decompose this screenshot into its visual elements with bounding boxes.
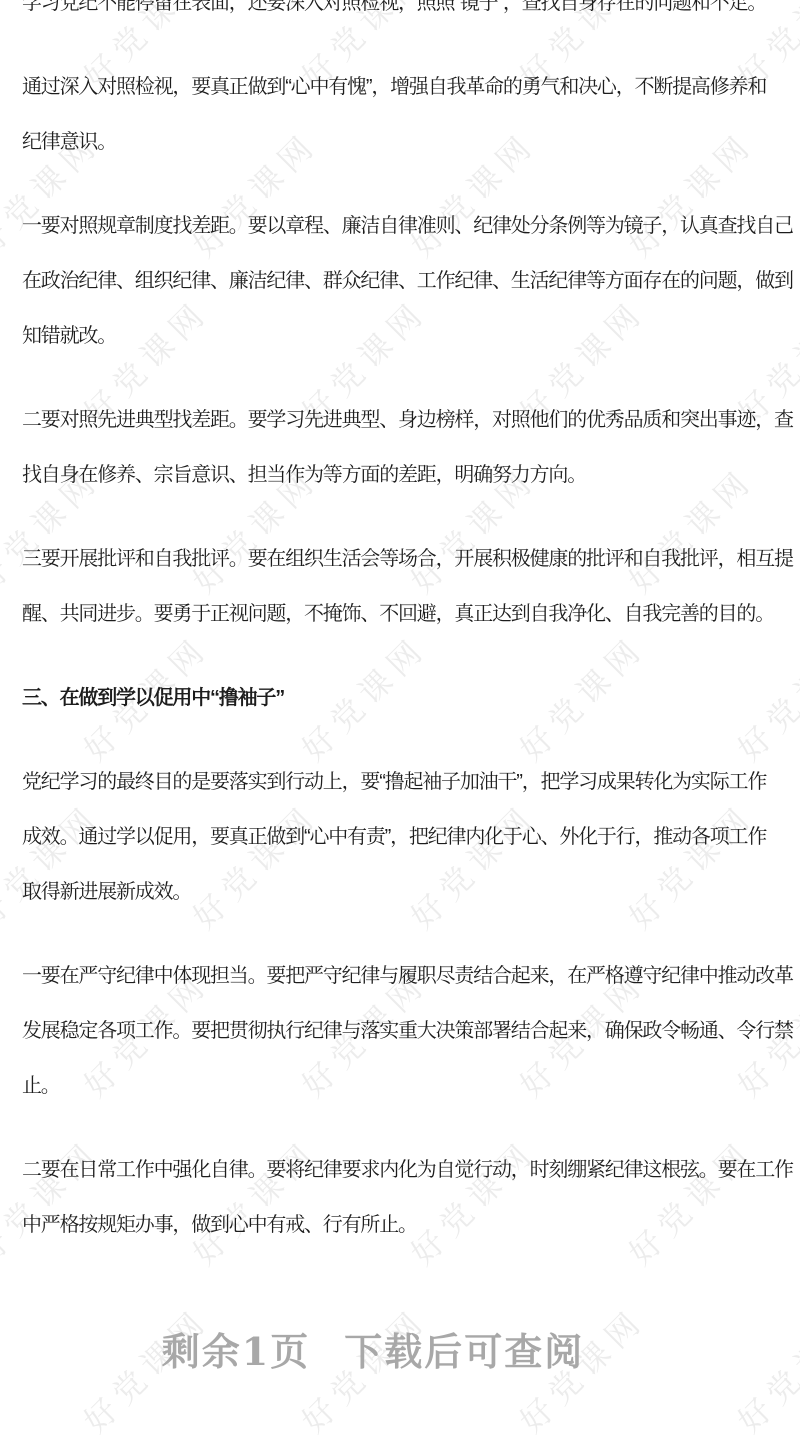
paragraph: 三要开展批评和自我批评。要在组织生活会等场合，开展积极健康的批评和自我批评，相互… [22,532,794,642]
paragraph: 一要对照规章制度找差距。要以章程、廉洁自律准则、纪律处分条例等为镜子，认真查找自… [22,199,794,364]
preview-notice: 剩余1页 下载后可查阅 [0,1328,773,1376]
document-preview-page: { "page": { "background": "#ffffff", "te… [0,0,800,1435]
paragraph: 一要在严守纪律中体现担当。要把严守纪律与履职尽责结合起来，在严格遵守纪律中推动改… [22,949,794,1114]
remaining-pages-label: 剩余1页 [162,1328,310,1376]
paragraph: 二要对照先进典型找差距。要学习先进典型、身边榜样，对照他们的优秀品质和突出事迹，… [22,393,794,503]
paragraph: 二要在日常工作中强化自律。要将纪律要求内化为自觉行动，时刻绷紧纪律这根弦。要在工… [22,1143,794,1253]
section-heading: 三、在做到学以促用中“撸袖子” [22,671,794,726]
download-hint-label: 下载后可查阅 [344,1328,584,1376]
document-body: 学习党纪不能停留在表面，还要深入对照检视，照照“镜子”，查找自身存在的问题和不足… [0,0,800,1253]
paragraph: 党纪学习的最终目的是要落实到行动上，要“撸起袖子加油干”，把学习成果转化为实际工… [22,755,794,920]
paragraph: 通过深入对照检视，要真正做到“心中有愧”，增强自我革命的勇气和决心，不断提高修养… [22,60,794,170]
paragraph: 学习党纪不能停留在表面，还要深入对照检视，照照“镜子”，查找自身存在的问题和不足… [22,0,794,31]
